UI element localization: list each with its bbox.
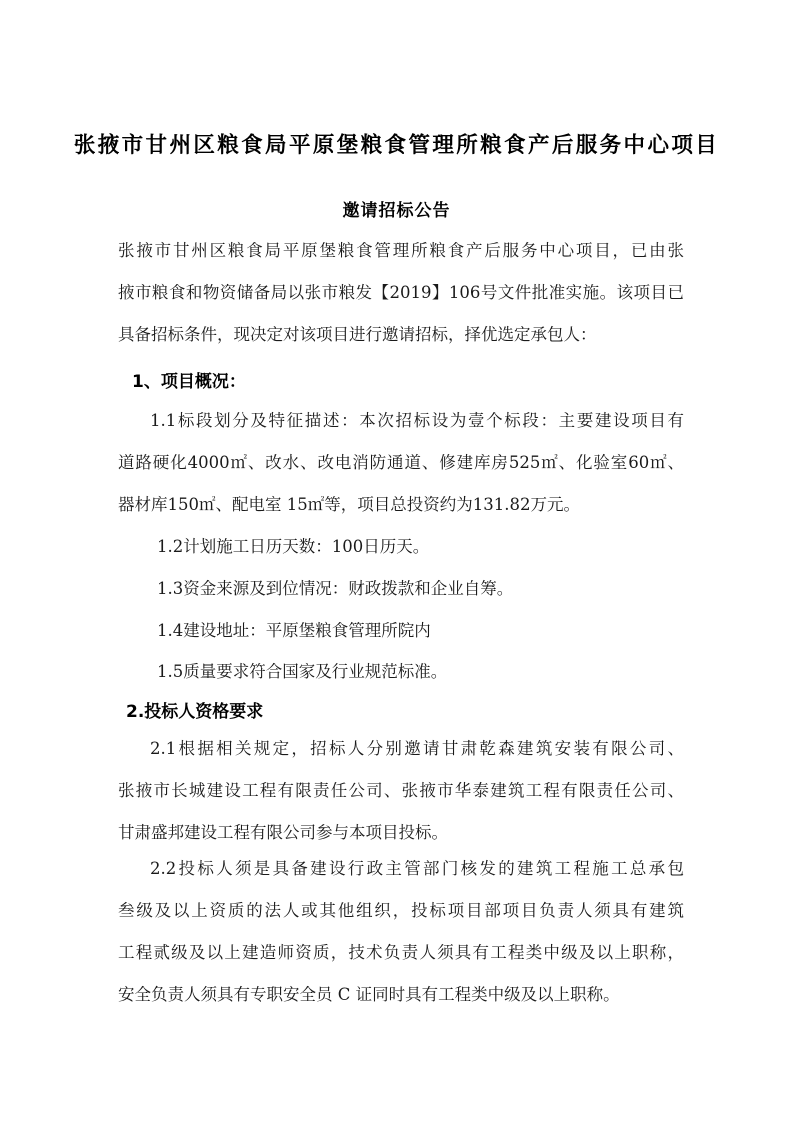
item-2-2-paragraph: 2.2投标人须是具备建设行政主管部门核发的建筑工程施工总承包 叁级及以上资质的法… bbox=[118, 858, 684, 1026]
item-1-1-line-1: 1.1标段划分及特征描述：本次招标设为壹个标段：主要建设项目有 bbox=[118, 410, 684, 452]
item-1-3: 1.3资金来源及到位情况：财政拨款和企业自筹。 bbox=[157, 578, 513, 600]
item-2-1-line-2: 张掖市长城建设工程有限责任公司、张掖市华泰建筑工程有限责任公司、 bbox=[118, 780, 684, 822]
intro-line-2: 掖市粮食和物资储备局以张市粮发【2019】106号文件批准实施。该项目已 bbox=[118, 282, 684, 324]
item-1-4: 1.4建设地址：平原堡粮食管理所院内 bbox=[157, 620, 431, 642]
document-title: 张掖市甘州区粮食局平原堡粮食管理所粮食产后服务中心项目 bbox=[0, 128, 793, 159]
item-2-1-paragraph: 2.1根据相关规定，招标人分别邀请甘肃乾森建筑安装有限公司、 张掖市长城建设工程… bbox=[118, 738, 684, 864]
item-1-1-line-2: 道路硬化4000㎡、改水、改电消防通道、修建库房525㎡、化验室60㎡、 bbox=[118, 452, 684, 494]
intro-line-1: 张掖市甘州区粮食局平原堡粮食管理所粮食产后服务中心项目，已由张 bbox=[118, 240, 684, 282]
item-1-5: 1.5质量要求符合国家及行业规范标准。 bbox=[157, 661, 447, 683]
section-1-heading: 1、项目概况： bbox=[132, 371, 246, 393]
document-subtitle: 邀请招标公告 bbox=[0, 196, 793, 221]
item-1-2: 1.2计划施工日历天数：100日历天。 bbox=[157, 536, 429, 558]
item-2-1-line-1: 2.1根据相关规定，招标人分别邀请甘肃乾森建筑安装有限公司、 bbox=[118, 738, 684, 780]
intro-line-3: 具备招标条件，现决定对该项目进行邀请招标，择优选定承包人： bbox=[118, 324, 684, 366]
item-2-2-line-2: 叁级及以上资质的法人或其他组织，投标项目部项目负责人须具有建筑 bbox=[118, 900, 684, 942]
item-2-2-line-1: 2.2投标人须是具备建设行政主管部门核发的建筑工程施工总承包 bbox=[118, 858, 684, 900]
item-2-2-line-4: 安全负责人须具有专职安全员 C 证同时具有工程类中级及以上职称。 bbox=[118, 984, 684, 1026]
item-1-1-line-3: 器材库150㎡、配电室 15㎡等，项目总投资约为131.82万元。 bbox=[118, 494, 684, 536]
document-page: 张掖市甘州区粮食局平原堡粮食管理所粮食产后服务中心项目 邀请招标公告 张掖市甘州… bbox=[0, 0, 793, 1122]
intro-paragraph: 张掖市甘州区粮食局平原堡粮食管理所粮食产后服务中心项目，已由张 掖市粮食和物资储… bbox=[118, 240, 684, 366]
item-2-2-line-3: 工程贰级及以上建造师资质，技术负责人须具有工程类中级及以上职称， bbox=[118, 942, 684, 984]
section-2-heading: 2.投标人资格要求 bbox=[126, 701, 263, 723]
item-1-1-paragraph: 1.1标段划分及特征描述：本次招标设为壹个标段：主要建设项目有 道路硬化4000… bbox=[118, 410, 684, 536]
